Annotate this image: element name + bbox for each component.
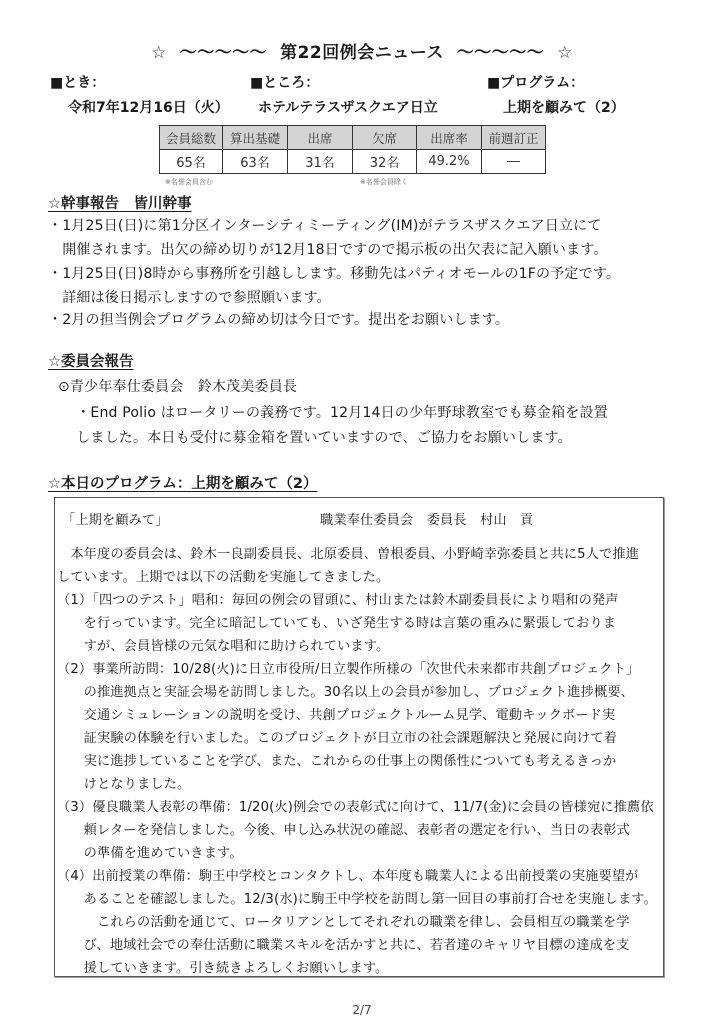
- attendance-value-row: 65名 63名 31名 32名 49.2% ―: [160, 150, 546, 174]
- program-box: 「上期を顧みて」 職業奉仕委員会 委員長 村山 貢 本年度の委員会は、鈴木一良副…: [54, 497, 664, 977]
- program-heading: ☆本日のプログラム：上期を顧みて（2）: [48, 472, 317, 493]
- note-honorary-excluded: ※名誉会員除く: [360, 177, 408, 187]
- program-text-line: けとなりました。: [57, 773, 190, 792]
- title-text: 第22回例会ニュース: [280, 43, 444, 63]
- value-total-members: 65名: [160, 150, 223, 174]
- committee-report-title: 委員会報告: [61, 354, 134, 370]
- secretary-report-line: 詳細は後日掲示しますので参照願います。: [48, 287, 331, 307]
- header-absent: 欠席: [353, 126, 417, 150]
- value-attendance-rate: 49.2%: [417, 150, 482, 174]
- program-text-line: 本年度の委員会は、鈴木一良副委員長、北原委員、曽根委員、小野崎幸弥委員と共に5人…: [57, 543, 639, 562]
- program-text-line: すが、会員皆様の元気な唱和に助けられています。: [57, 635, 389, 654]
- star-icon: ☆: [48, 354, 61, 370]
- program-text-line: を行っています。完全に暗記していても、いざ発生する時は言葉の重みに緊張しておりま: [57, 612, 616, 631]
- committee-report-line: しました。本日も受付に募金箱を置いていますので、ご協力をお願いします。: [62, 427, 572, 447]
- program-text-line: 実に進捗していることを学び、また、これからの仕事上の関係性についても考えるきっか: [57, 750, 616, 769]
- star-icon: ☆: [557, 43, 573, 63]
- secretary-report-line: ・1月25日(日)に第1分区インターシティミーティング(IM)がテラスザスクエア…: [48, 215, 602, 235]
- header-total-members: 会員総数: [160, 126, 223, 150]
- header-attendance-rate: 出席率: [417, 126, 482, 150]
- title-wave-right: ～～～～～: [457, 43, 545, 63]
- program-text-line: の準備を進めていきます。: [57, 842, 243, 861]
- committee-report-line: ・End Polio はロータリーの義務です。12月14日の少年野球教室でも募金…: [62, 402, 608, 422]
- program-box-title: 「上期を顧みて」: [62, 509, 169, 528]
- program-text-line: 交通シミュレーションの説明を受け、共創プロジェクトルーム見学、電動キックボード実: [57, 704, 615, 723]
- value-attended: 31名: [288, 150, 353, 174]
- program-text-line: しています。上期では以下の活動を実施してきました。: [57, 566, 389, 585]
- where-value: ホテルテラスザスクエア日立: [258, 97, 438, 117]
- attendance-table: 会員総数 算出基礎 出席 欠席 出席率 前週訂正 65名 63名 31名 32名…: [159, 125, 546, 174]
- secretary-report-line: ・2月の担当例会プログラムの締め切は今日です。提出をお願いします。: [48, 309, 509, 329]
- header-attended: 出席: [288, 126, 353, 150]
- secretary-report-title: 幹事報告 皆川幹事: [61, 196, 192, 212]
- program-label: ■プログラム：: [487, 72, 584, 92]
- newsletter-title: ☆ ～～～～～ 第22回例会ニュース ～～～～～ ☆: [0, 38, 724, 63]
- program-text-line: 頼レターを発信しました。今後、申し込み状況の確認、表彰者の選定を行い、当日の表彰…: [57, 819, 630, 838]
- secretary-report-line: 開催されます。出欠の締め切りが12月18日ですので掲示板の出欠表に記入願います。: [48, 239, 608, 259]
- where-label: ■ところ：: [250, 72, 319, 92]
- program-text-line: あることを確認しました。12/3(水)に駒王中学校を訪問し第一回目の事前打合せを…: [57, 888, 657, 907]
- value-calculation-base: 63名: [223, 150, 288, 174]
- program-value: 上期を顧みて（2）: [503, 97, 625, 117]
- when-label: ■とき：: [50, 72, 105, 92]
- program-text-line: （4）出前授業の準備：駒王中学校とコンタクトし、本年度も職業人による出前授業の実…: [57, 865, 639, 884]
- star-icon: ☆: [151, 43, 167, 63]
- program-title: 本日のプログラム：上期を顧みて（2）: [61, 476, 317, 492]
- value-prev-week-correction: ―: [482, 150, 546, 174]
- program-text-line: 証実験の体験を行いました。このプロジェクトが日立市の社会課題解決と発展に向けて着: [57, 727, 617, 746]
- header-calculation-base: 算出基礎: [223, 126, 288, 150]
- program-text-line: び、地域社会での奉仕活動に職業スキルを活かすと共に、若者達のキャリヤ目標の達成を…: [57, 934, 630, 953]
- committee-report-heading: ☆委員会報告: [48, 350, 134, 371]
- page-number: 2/7: [0, 1003, 724, 1017]
- star-icon: ☆: [48, 196, 61, 212]
- attendance-header-row: 会員総数 算出基礎 出席 欠席 出席率 前週訂正: [160, 126, 546, 150]
- secretary-report-line: ・1月25日(日)8時から事務所を引越しします。移動先はパティオモールの1Fの予…: [48, 263, 620, 283]
- when-value: 令和7年12月16日（火）: [68, 97, 229, 117]
- program-text-line: （2）事業所訪問：10/28(火)に日立市役所/日立製作所様の「次世代未来都市共…: [57, 658, 639, 677]
- note-honorary-included: ※名誉会員含む: [165, 177, 213, 187]
- value-absent: 32名: [353, 150, 417, 174]
- header-prev-week-correction: 前週訂正: [482, 126, 546, 150]
- star-icon: ☆: [48, 476, 61, 492]
- program-box-author: 職業奉仕委員会 委員長 村山 貢: [320, 509, 533, 528]
- program-text-line: （3）優良職業人表彰の準備：1/20(火)例会での表彰式に向けて、11/7(金)…: [57, 796, 654, 815]
- program-text-line: 援していきます。引き続きよろしくお願いします。: [57, 957, 388, 976]
- program-text-line: の推進拠点と実証会場を訪問しました。30名以上の会員が参加し、プロジェクト進捗概…: [57, 681, 634, 700]
- program-text-line: （1）「四つのテスト」唱和：毎回の例会の冒頭に、村山または鈴木副委員長により唱和…: [57, 589, 619, 608]
- secretary-report-heading: ☆幹事報告 皆川幹事: [48, 192, 192, 213]
- committee-name-line: ⊙青少年奉仕委員会 鈴木茂美委員長: [58, 376, 297, 396]
- program-text-line: これらの活動を通じて、ロータリアンとしてそれぞれの職業を律し、会員相互の職業を学: [57, 911, 630, 930]
- title-wave-left: ～～～～～: [180, 43, 268, 63]
